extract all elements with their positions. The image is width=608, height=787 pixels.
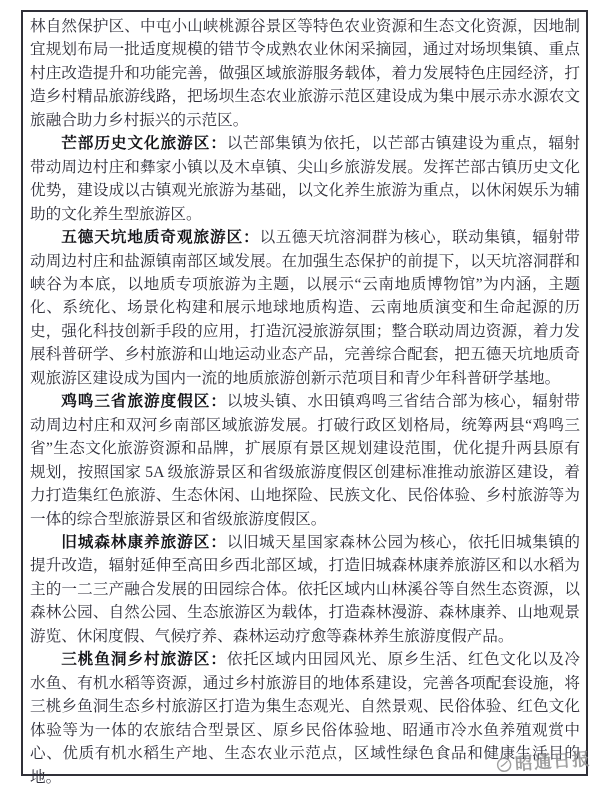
paragraph-body: 以坡头镇、水田镇鸡鸣三省结合部为核心，辐射带动周边村庄和双河乡南部区域旅游发展。…: [30, 393, 580, 527]
document-border-frame: 林自然保护区、中屯小山峡桃源谷景区等特色农业资源和生态文化资源，因地制宜规划布局…: [21, 10, 588, 776]
document-text-block: 林自然保护区、中屯小山峡桃源谷景区等特色农业资源和生态文化资源，因地制宜规划布局…: [23, 12, 586, 787]
paragraph-jiucheng: 旧城森林康养旅游区：以旧城天星国家森林公园为核心，依托旧城集镇的提升改造，辐射延…: [30, 531, 580, 648]
paragraph-wude: 五德天坑地质奇观旅游区：以五德天坑溶洞群为核心，联动集镇，辐射带动周边村庄和盐源…: [30, 226, 580, 390]
section-heading-wude: 五德天坑地质奇观旅游区：: [61, 229, 259, 246]
section-heading-santao: 三桃鱼洞乡村旅游区：: [61, 651, 227, 668]
paragraph-body: 以五德天坑溶洞群为核心，联动集镇，辐射带动周边村庄和盐源镇南部区域发展。在加强生…: [30, 229, 580, 387]
paragraph-mangbu: 芒部历史文化旅游区：以芒部集镇为依托，以芒部古镇建设为重点，辐射带动周边村庄和彝…: [30, 132, 580, 226]
section-heading-mangbu: 芒部历史文化旅游区：: [61, 135, 227, 152]
paragraph-changba-continuation: 林自然保护区、中屯小山峡桃源谷景区等特色农业资源和生态文化资源，因地制宜规划布局…: [30, 15, 580, 132]
paragraph-body: 林自然保护区、中屯小山峡桃源谷景区等特色农业资源和生态文化资源，因地制宜规划布局…: [30, 18, 580, 129]
section-heading-jiucheng: 旧城森林康养旅游区：: [61, 534, 227, 551]
paragraph-jiming: 鸡鸣三省旅游度假区：以坡头镇、水田镇鸡鸣三省结合部为核心，辐射带动周边村庄和双河…: [30, 390, 580, 531]
section-heading-jiming: 鸡鸣三省旅游度假区：: [61, 393, 227, 410]
paragraph-santao: 三桃鱼洞乡村旅游区：依托区域内田园风光、原乡生活、红色文化以及冷水鱼、有机水稻等…: [30, 648, 580, 787]
document-page: 林自然保护区、中屯小山峡桃源谷景区等特色农业资源和生态文化资源，因地制宜规划布局…: [0, 0, 608, 787]
paragraph-body: 依托区域内田园风光、原乡生活、红色文化以及冷水鱼、有机水稻等资源，通过乡村旅游目…: [30, 651, 580, 785]
